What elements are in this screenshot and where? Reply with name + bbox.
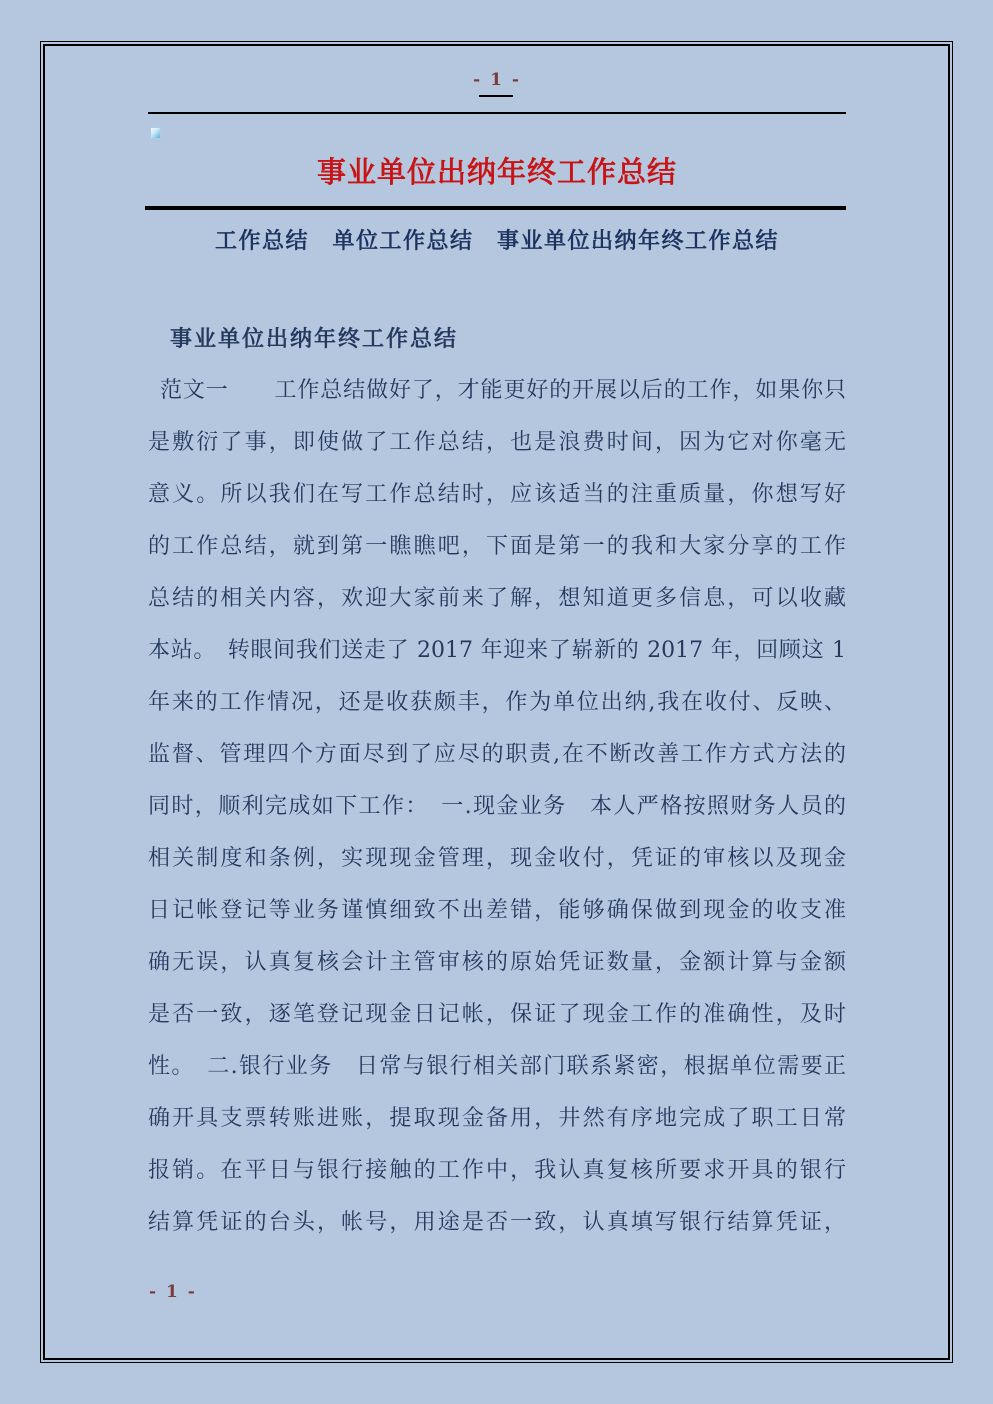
body-heading-line: 事业单位出纳年终工作总结 bbox=[148, 313, 846, 365]
body-line: 性。 二.银行业务 日常与银行相关部门联系紧密，根据单位需要正 bbox=[148, 1041, 846, 1093]
body-line: 日记帐登记等业务谨慎细致不出差错，能够确保做到现金的收支准 bbox=[148, 885, 846, 937]
document-body: 事业单位出纳年终工作总结 范文一 工作总结做好了，才能更好的开展以后的工作，如果… bbox=[148, 313, 846, 1249]
body-line: 确无误，认真复核会计主管审核的原始凭证数量，金额计算与金额 bbox=[148, 937, 846, 989]
title-double-rule bbox=[145, 206, 846, 210]
body-line: 同时，顺利完成如下工作： 一.现金业务 本人严格按照财务人员的 bbox=[148, 781, 846, 833]
body-line: 本站。 转眼间我们送走了 2017 年迎来了崭新的 2017 年，回顾这 1 bbox=[148, 625, 846, 677]
page-number-bottom: - 1 - bbox=[149, 1282, 197, 1302]
body-line: 年来的工作情况，还是收获颇丰，作为单位出纳,我在收付、反映、 bbox=[148, 677, 846, 729]
page-number-underline bbox=[479, 95, 513, 97]
document-page: - 1 - 事业单位出纳年终工作总结 工作总结 单位工作总结 事业单位出纳年终工… bbox=[0, 0, 993, 1404]
body-line: 意义。所以我们在写工作总结时，应该适当的注重质量，你想写好 bbox=[148, 469, 846, 521]
inline-image-icon bbox=[150, 127, 161, 139]
body-line: 监督、管理四个方面尽到了应尽的职责,在不断改善工作方式方法的 bbox=[148, 729, 846, 781]
body-line: 的工作总结，就到第一瞧瞧吧，下面是第一的我和大家分享的工作 bbox=[148, 521, 846, 573]
body-line: 总结的相关内容，欢迎大家前来了解，想知道更多信息，可以收藏 bbox=[148, 573, 846, 625]
body-line: 结算凭证的台头，帐号，用途是否一致，认真填写银行结算凭证， bbox=[148, 1197, 846, 1249]
body-line: 范文一 工作总结做好了，才能更好的开展以后的工作，如果你只 bbox=[148, 365, 846, 417]
header-rule bbox=[148, 112, 846, 114]
document-keywords: 工作总结 单位工作总结 事业单位出纳年终工作总结 bbox=[148, 224, 846, 255]
body-line: 确开具支票转账进账，提取现金备用，井然有序地完成了职工日常 bbox=[148, 1093, 846, 1145]
body-line: 是否一致，逐笔登记现金日记帐，保证了现金工作的准确性，及时 bbox=[148, 989, 846, 1041]
body-line: 报销。在平日与银行接触的工作中，我认真复核所要求开具的银行 bbox=[148, 1145, 846, 1197]
page-title: 事业单位出纳年终工作总结 bbox=[148, 150, 846, 191]
body-line: 相关制度和条例，实现现金管理，现金收付，凭证的审核以及现金 bbox=[148, 833, 846, 885]
page-number-top: - 1 - bbox=[148, 70, 846, 90]
body-line: 是敷衍了事，即使做了工作总结，也是浪费时间，因为它对你毫无 bbox=[148, 417, 846, 469]
